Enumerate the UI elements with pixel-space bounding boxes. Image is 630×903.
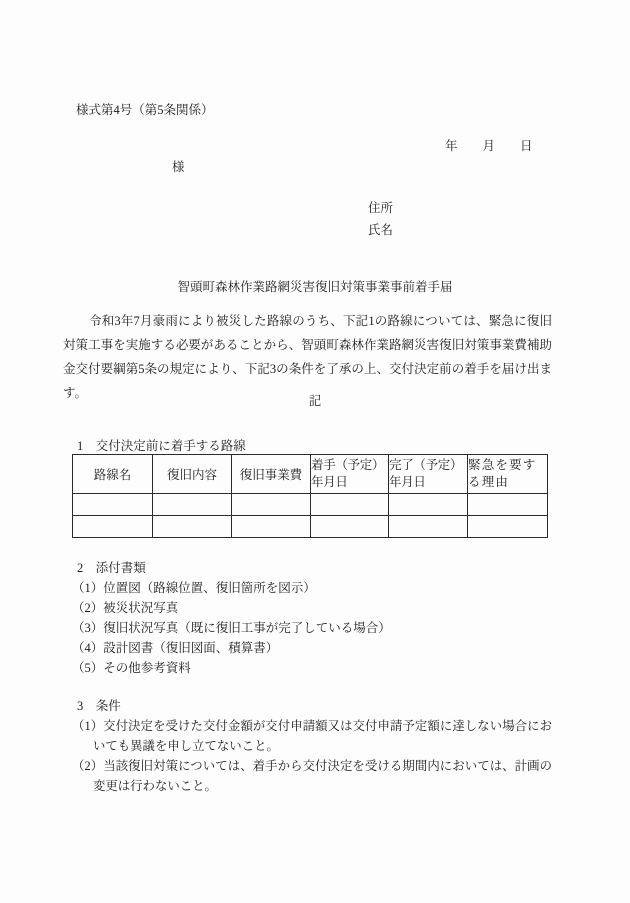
section-2-heading: 2 添付書類 (63, 558, 552, 578)
col-header-start-date: 着手（予定） 年月日 (311, 455, 389, 494)
table-header-row: 路線名 復旧内容 復旧事業費 着手（予定） 年月日 完了（予定） 年月日 緊急を… (73, 455, 548, 494)
empty-cell (389, 494, 468, 516)
attachment-item-5: （5）その他参考資料 (63, 658, 552, 678)
col-header-urgency-reason: 緊急を要す る理由 (468, 455, 548, 494)
table-row (73, 494, 548, 516)
document-page: 様式第4号（第5条関係） 年 月 日 様 住所 氏名 智頭町森林作業路網災害復旧… (0, 0, 630, 903)
empty-cell (311, 494, 389, 516)
document-title: 智頭町森林作業路網災害復旧対策事業事前着手届 (0, 277, 630, 295)
empty-cell (468, 516, 548, 538)
empty-cell (73, 516, 153, 538)
form-number: 様式第4号（第5条関係） (76, 100, 214, 118)
condition-item-2: （2）当該復旧対策については、着手から交付決定を受ける期間内においては、計画の変… (63, 756, 552, 796)
routes-table-header: 路線名 復旧内容 復旧事業費 着手（予定） 年月日 完了（予定） 年月日 緊急を… (73, 455, 548, 494)
routes-table: 路線名 復旧内容 復旧事業費 着手（予定） 年月日 完了（予定） 年月日 緊急を… (72, 454, 548, 538)
attachment-item-1: （1）位置図（路線位置、復旧箇所を図示） (63, 578, 552, 598)
empty-cell (232, 516, 311, 538)
empty-cell (153, 494, 232, 516)
col-header-completion-date: 完了（予定） 年月日 (389, 455, 468, 494)
name-label: 氏名 (368, 220, 393, 238)
empty-cell (468, 494, 548, 516)
empty-cell (73, 494, 153, 516)
empty-cell (311, 516, 389, 538)
conditions-section: 3 条件 （1）交付決定を受けた交付金額が交付申請額又は交付申請予定額に達しない… (63, 696, 552, 796)
attachment-item-2: （2）被災状況写真 (63, 598, 552, 618)
table-row (73, 516, 548, 538)
address-label: 住所 (368, 198, 393, 216)
col-header-recovery-cost: 復旧事業費 (232, 455, 311, 494)
empty-cell (232, 494, 311, 516)
section-3-heading: 3 条件 (63, 696, 552, 716)
attachment-item-4: （4）設計図書（復旧図面、積算書） (63, 638, 552, 658)
routes-table-body (73, 494, 548, 538)
condition-item-1: （1）交付決定を受けた交付金額が交付申請額又は交付申請予定額に達しない場合におい… (63, 716, 552, 756)
attachment-item-3: （3）復旧状況写真（既に復旧工事が完了している場合） (63, 618, 552, 638)
section-1-heading: 1 交付決定前に着手する路線 (77, 436, 246, 454)
date-line: 年 月 日 (445, 136, 533, 154)
col-header-route-name: 路線名 (73, 455, 153, 494)
attachments-section: 2 添付書類 （1）位置図（路線位置、復旧箇所を図示） （2）被災状況写真 （3… (63, 558, 552, 678)
empty-cell (389, 516, 468, 538)
addressee-label: 様 (172, 157, 185, 175)
col-header-recovery-content: 復旧内容 (153, 455, 232, 494)
empty-cell (153, 516, 232, 538)
record-marker: 記 (0, 391, 630, 409)
